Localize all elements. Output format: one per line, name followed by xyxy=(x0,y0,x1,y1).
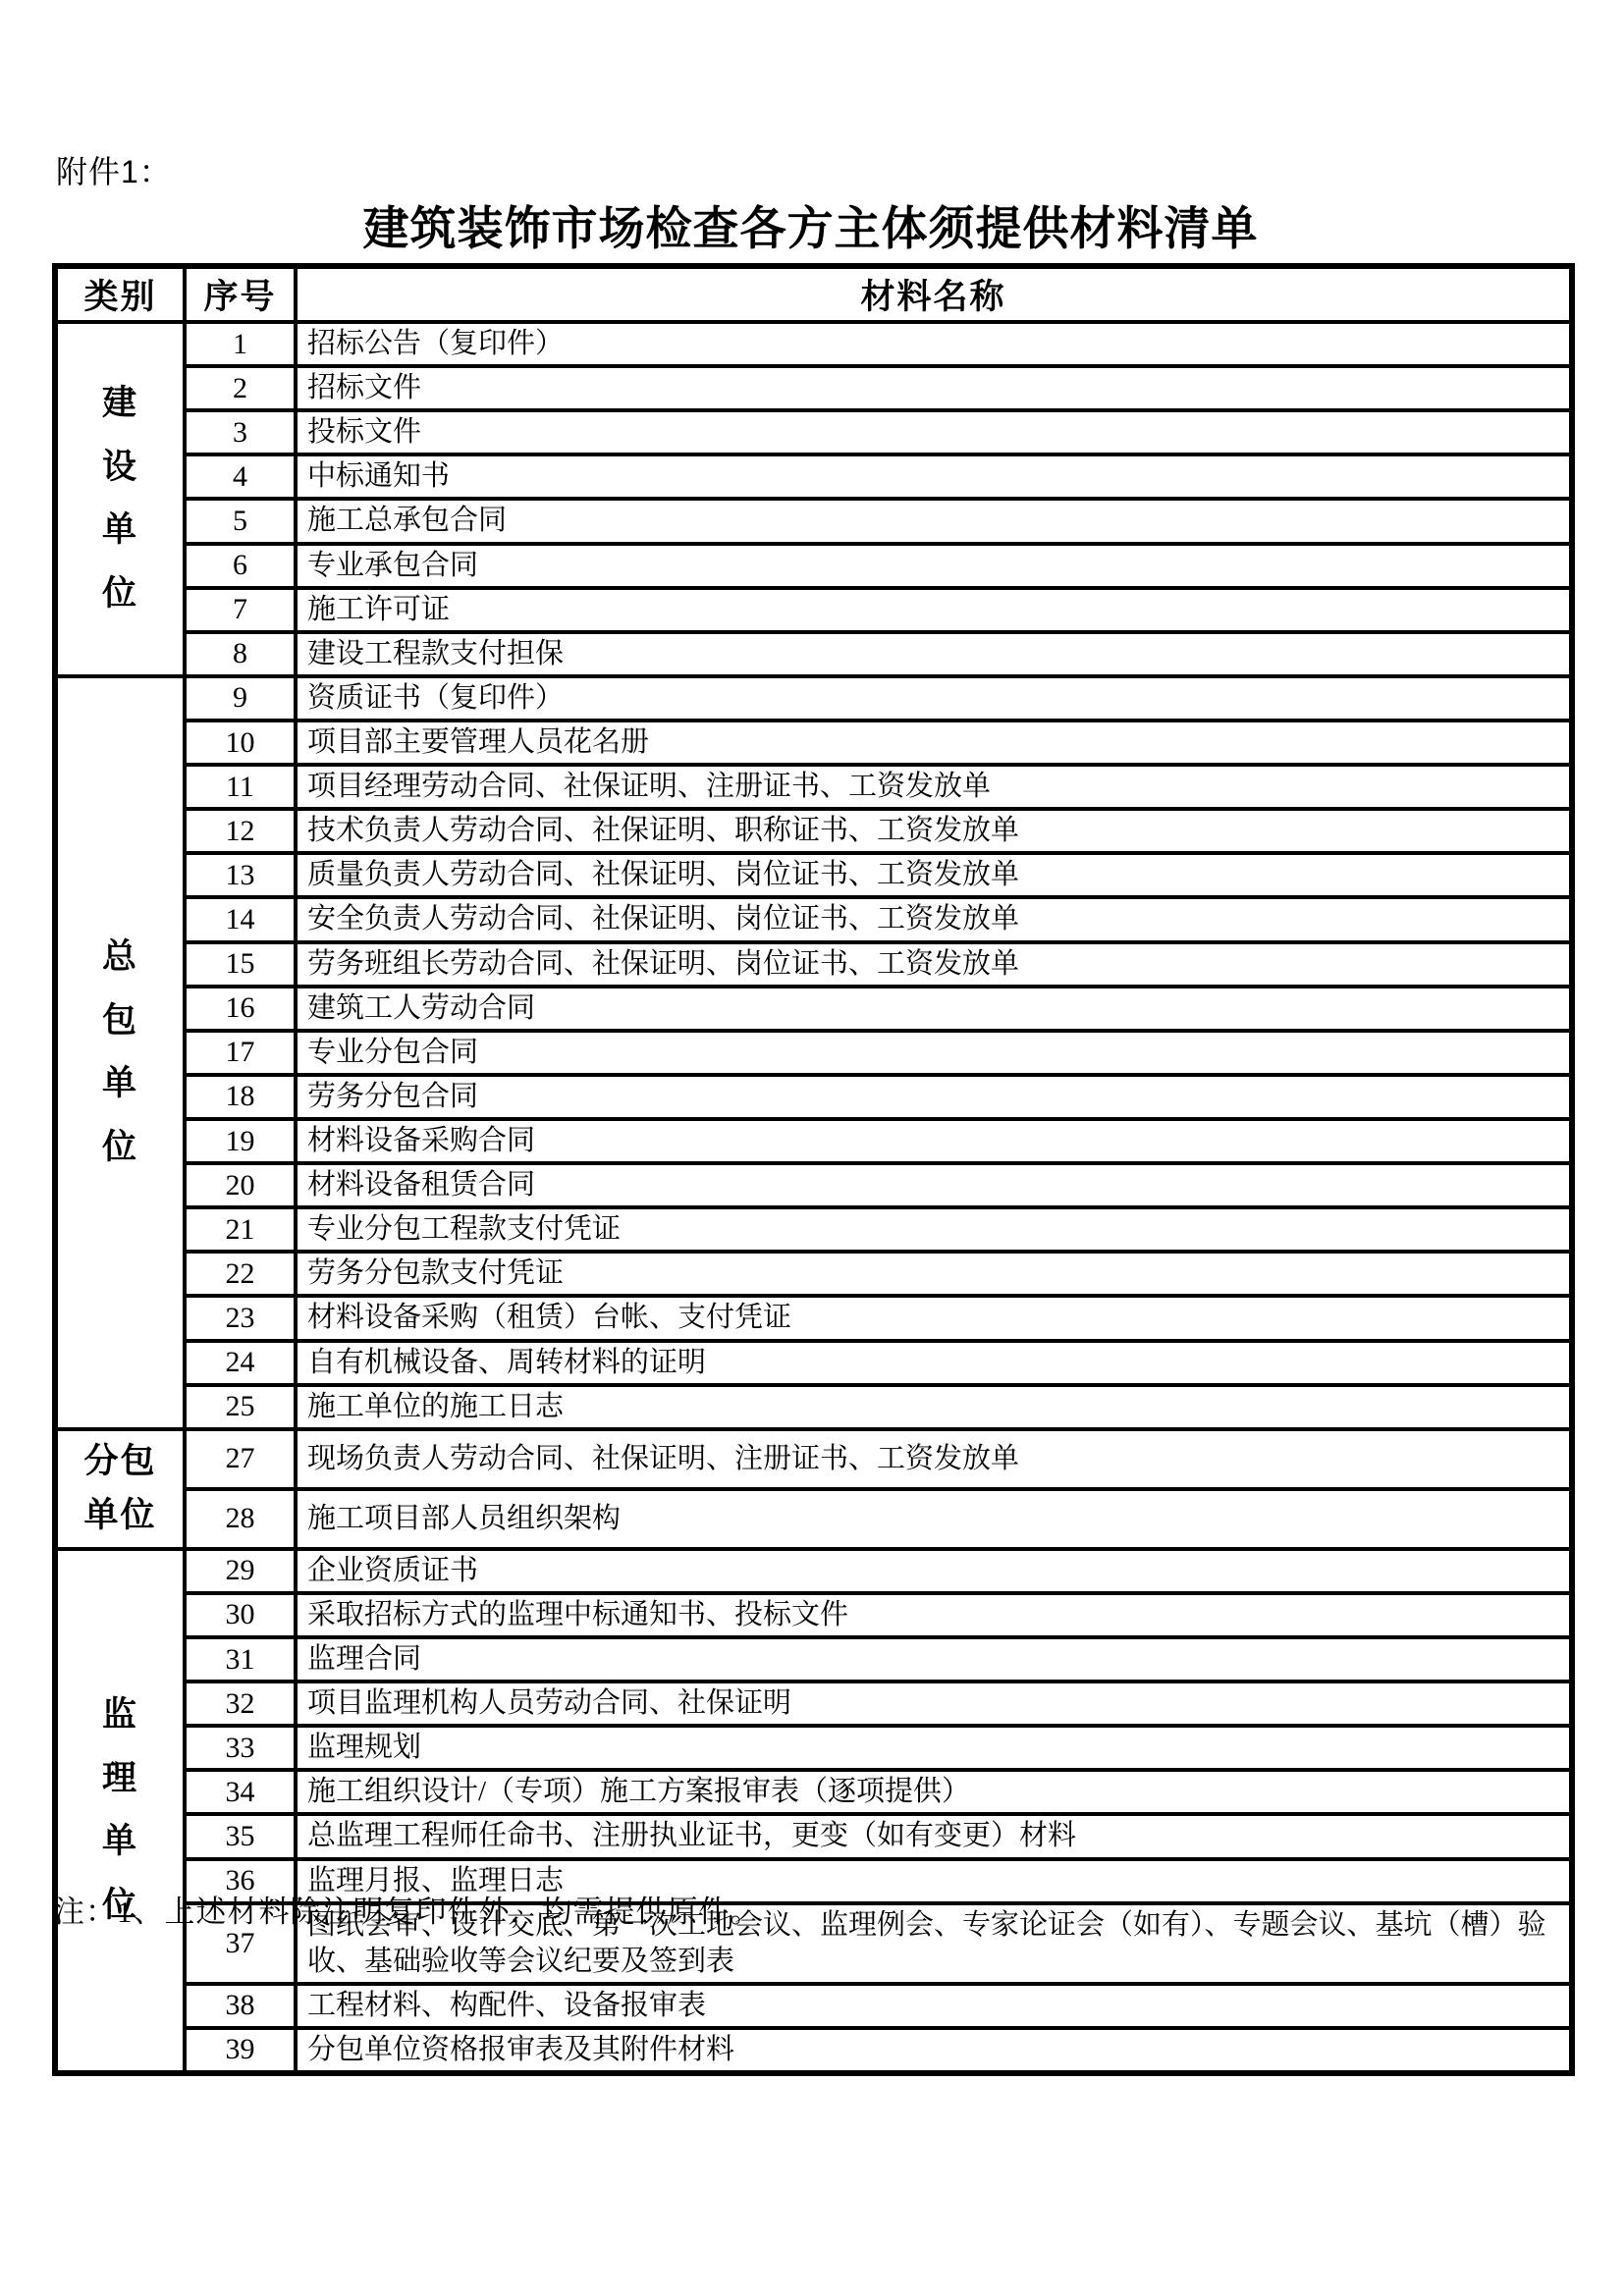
row-number-cell: 16 xyxy=(185,987,296,1031)
table-row: 22劳务分包款支付凭证 xyxy=(55,1252,1572,1296)
material-name-cell: 劳务分包款支付凭证 xyxy=(296,1252,1572,1296)
material-name-cell: 项目监理机构人员劳动合同、社保证明 xyxy=(296,1682,1572,1726)
row-number-cell: 27 xyxy=(185,1429,296,1489)
material-name-cell: 分包单位资格报审表及其附件材料 xyxy=(296,2028,1572,2073)
row-number-cell: 8 xyxy=(185,632,296,676)
category-label: 单 xyxy=(58,499,183,562)
row-number-cell: 12 xyxy=(185,809,296,853)
table-row: 38工程材料、构配件、设备报审表 xyxy=(55,1984,1572,2028)
material-name-cell: 中标通知书 xyxy=(296,454,1572,499)
material-name-cell: 资质证书（复印件） xyxy=(296,676,1572,721)
material-name-cell: 施工项目部人员组织架构 xyxy=(296,1489,1572,1549)
material-name-cell: 建设工程款支付担保 xyxy=(296,632,1572,676)
row-number-cell: 5 xyxy=(185,499,296,543)
material-name-cell: 工程材料、构配件、设备报审表 xyxy=(296,1984,1572,2028)
category-label: 建 xyxy=(58,372,183,436)
row-number-cell: 29 xyxy=(185,1549,296,1593)
table-row: 15劳务班组长劳动合同、社保证明、岗位证书、工资发放单 xyxy=(55,942,1572,987)
row-number-cell: 13 xyxy=(185,853,296,897)
row-number-cell: 25 xyxy=(185,1385,296,1429)
material-name-cell: 项目部主要管理人员花名册 xyxy=(296,721,1572,765)
material-name-cell: 总监理工程师任命书、注册执业证书，更变（如有变更）材料 xyxy=(296,1814,1572,1858)
category-label: 理 xyxy=(58,1747,183,1811)
row-number-cell: 22 xyxy=(185,1252,296,1296)
table-row: 建设单位1招标公告（复印件） xyxy=(55,322,1572,366)
category-label: 包 xyxy=(58,989,183,1053)
row-number-cell: 35 xyxy=(185,1814,296,1858)
row-number-cell: 7 xyxy=(185,588,296,632)
row-number-cell: 15 xyxy=(185,942,296,987)
material-name-cell: 采取招标方式的监理中标通知书、投标文件 xyxy=(296,1593,1572,1637)
row-number-cell: 4 xyxy=(185,454,296,499)
material-name-cell: 施工单位的施工日志 xyxy=(296,1385,1572,1429)
material-name-cell: 专业分包工程款支付凭证 xyxy=(296,1207,1572,1252)
material-name-cell: 劳务班组长劳动合同、社保证明、岗位证书、工资发放单 xyxy=(296,942,1572,987)
category-cell: 总包单位 xyxy=(55,676,185,1429)
category-label: 设 xyxy=(58,436,183,500)
table-row: 18劳务分包合同 xyxy=(55,1075,1572,1119)
table-row: 25施工单位的施工日志 xyxy=(55,1385,1572,1429)
table-row: 14安全负责人劳动合同、社保证明、岗位证书、工资发放单 xyxy=(55,897,1572,941)
table-row: 39分包单位资格报审表及其附件材料 xyxy=(55,2028,1572,2073)
table-row: 分包单位27现场负责人劳动合同、社保证明、注册证书、工资发放单 xyxy=(55,1429,1572,1489)
row-number-cell: 31 xyxy=(185,1637,296,1682)
row-number-cell: 23 xyxy=(185,1296,296,1340)
table-row: 28施工项目部人员组织架构 xyxy=(55,1489,1572,1549)
row-number-cell: 2 xyxy=(185,366,296,410)
table-row: 19材料设备采购合同 xyxy=(55,1119,1572,1163)
row-number-cell: 30 xyxy=(185,1593,296,1637)
attachment-label: 附件1： xyxy=(56,147,172,192)
row-number-cell: 6 xyxy=(185,544,296,588)
table-row: 7施工许可证 xyxy=(55,588,1572,632)
row-number-cell: 21 xyxy=(185,1207,296,1252)
row-number-cell: 19 xyxy=(185,1119,296,1163)
material-name-cell: 劳务分包合同 xyxy=(296,1075,1572,1119)
material-name-cell: 招标文件 xyxy=(296,366,1572,410)
material-name-cell: 材料设备租赁合同 xyxy=(296,1163,1572,1207)
table-row: 31监理合同 xyxy=(55,1637,1572,1682)
material-name-cell: 监理合同 xyxy=(296,1637,1572,1682)
material-name-cell: 技术负责人劳动合同、社保证明、职称证书、工资发放单 xyxy=(296,809,1572,853)
material-name-cell: 企业资质证书 xyxy=(296,1549,1572,1593)
table-row: 10项目部主要管理人员花名册 xyxy=(55,721,1572,765)
category-cell: 建设单位 xyxy=(55,322,185,676)
category-label: 分包 xyxy=(58,1435,183,1488)
table-row: 总包单位9资质证书（复印件） xyxy=(55,676,1572,721)
row-number-cell: 34 xyxy=(185,1770,296,1814)
table-row: 5施工总承包合同 xyxy=(55,499,1572,543)
table-row: 8建设工程款支付担保 xyxy=(55,632,1572,676)
material-name-cell: 施工许可证 xyxy=(296,588,1572,632)
row-number-cell: 24 xyxy=(185,1341,296,1385)
category-label: 单 xyxy=(58,1052,183,1116)
category-label: 位 xyxy=(58,562,183,626)
table-row: 30采取招标方式的监理中标通知书、投标文件 xyxy=(55,1593,1572,1637)
row-number-cell: 39 xyxy=(185,2028,296,2073)
table-row: 21专业分包工程款支付凭证 xyxy=(55,1207,1572,1252)
row-number-cell: 38 xyxy=(185,1984,296,2028)
category-label: 单位 xyxy=(58,1489,183,1542)
material-name-cell: 自有机械设备、周转材料的证明 xyxy=(296,1341,1572,1385)
col-header-category: 类别 xyxy=(55,266,185,322)
table-row: 23材料设备采购（租赁）台帐、支付凭证 xyxy=(55,1296,1572,1340)
table-row: 12技术负责人劳动合同、社保证明、职称证书、工资发放单 xyxy=(55,809,1572,853)
footnote: 注：1、上述材料除注明复印件外，均需提供原件。 xyxy=(54,1887,762,1931)
material-name-cell: 项目经理劳动合同、社保证明、注册证书、工资发放单 xyxy=(296,765,1572,809)
row-number-cell: 11 xyxy=(185,765,296,809)
material-name-cell: 建筑工人劳动合同 xyxy=(296,987,1572,1031)
material-name-cell: 施工组织设计/（专项）施工方案报审表（逐项提供） xyxy=(296,1770,1572,1814)
category-label: 总 xyxy=(58,926,183,989)
material-name-cell: 专业分包合同 xyxy=(296,1031,1572,1075)
material-name-cell: 招标公告（复印件） xyxy=(296,322,1572,366)
table-row: 34施工组织设计/（专项）施工方案报审表（逐项提供） xyxy=(55,1770,1572,1814)
materials-table: 类别 序号 材料名称 建设单位1招标公告（复印件）2招标文件3投标文件4中标通知… xyxy=(52,263,1575,2076)
material-name-cell: 安全负责人劳动合同、社保证明、岗位证书、工资发放单 xyxy=(296,897,1572,941)
table-row: 11项目经理劳动合同、社保证明、注册证书、工资发放单 xyxy=(55,765,1572,809)
table-row: 13质量负责人劳动合同、社保证明、岗位证书、工资发放单 xyxy=(55,853,1572,897)
table-row: 4中标通知书 xyxy=(55,454,1572,499)
row-number-cell: 18 xyxy=(185,1075,296,1119)
material-name-cell: 材料设备采购合同 xyxy=(296,1119,1572,1163)
material-name-cell: 监理规划 xyxy=(296,1726,1572,1770)
table-row: 3投标文件 xyxy=(55,410,1572,454)
table-row: 24自有机械设备、周转材料的证明 xyxy=(55,1341,1572,1385)
row-number-cell: 17 xyxy=(185,1031,296,1075)
page-title: 建筑装饰市场检查各方主体须提供材料清单 xyxy=(52,192,1569,258)
col-header-name: 材料名称 xyxy=(296,266,1572,322)
table-row: 33监理规划 xyxy=(55,1726,1572,1770)
material-name-cell: 质量负责人劳动合同、社保证明、岗位证书、工资发放单 xyxy=(296,853,1572,897)
material-name-cell: 材料设备采购（租赁）台帐、支付凭证 xyxy=(296,1296,1572,1340)
material-name-cell: 投标文件 xyxy=(296,410,1572,454)
header-row: 类别 序号 材料名称 xyxy=(55,266,1572,322)
table-row: 监理单位29企业资质证书 xyxy=(55,1549,1572,1593)
material-name-cell: 施工总承包合同 xyxy=(296,499,1572,543)
table-row: 20材料设备租赁合同 xyxy=(55,1163,1572,1207)
material-name-cell: 专业承包合同 xyxy=(296,544,1572,588)
category-label: 位 xyxy=(58,1116,183,1180)
row-number-cell: 9 xyxy=(185,676,296,721)
row-number-cell: 32 xyxy=(185,1682,296,1726)
category-cell: 监理单位 xyxy=(55,1549,185,2073)
table-row: 35总监理工程师任命书、注册执业证书，更变（如有变更）材料 xyxy=(55,1814,1572,1858)
table-row: 6专业承包合同 xyxy=(55,544,1572,588)
row-number-cell: 28 xyxy=(185,1489,296,1549)
row-number-cell: 1 xyxy=(185,322,296,366)
category-label: 单 xyxy=(58,1810,183,1874)
row-number-cell: 20 xyxy=(185,1163,296,1207)
row-number-cell: 33 xyxy=(185,1726,296,1770)
table-row: 16建筑工人劳动合同 xyxy=(55,987,1572,1031)
table-row: 17专业分包合同 xyxy=(55,1031,1572,1075)
document-page: 附件1： 建筑装饰市场检查各方主体须提供材料清单 类别 序号 材料名称 建设单位… xyxy=(0,0,1624,2296)
category-label: 监 xyxy=(58,1683,183,1747)
table-row: 2招标文件 xyxy=(55,366,1572,410)
col-header-no: 序号 xyxy=(185,266,296,322)
row-number-cell: 10 xyxy=(185,721,296,765)
row-number-cell: 14 xyxy=(185,897,296,941)
category-cell: 分包单位 xyxy=(55,1429,185,1549)
material-name-cell: 现场负责人劳动合同、社保证明、注册证书、工资发放单 xyxy=(296,1429,1572,1489)
table-row: 32项目监理机构人员劳动合同、社保证明 xyxy=(55,1682,1572,1726)
row-number-cell: 3 xyxy=(185,410,296,454)
